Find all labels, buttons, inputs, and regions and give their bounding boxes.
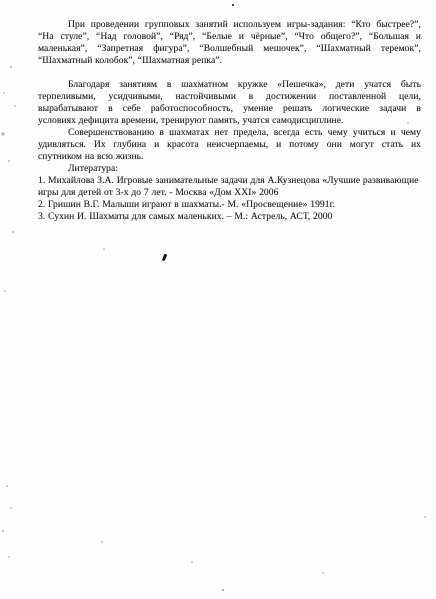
text-line: “Шахматный колобок”, “Шахматная репка”. (38, 55, 421, 67)
text-line: Благодаря занятиям в шахматном кружке «П… (38, 79, 421, 91)
paragraph-club-benefits: Благодаря занятиям в шахматном кружке «П… (38, 79, 421, 127)
text-line: “На стуле”, “Над головой”, “Ряд”, “Белые… (38, 31, 421, 43)
text-line: условиях дефицита времени, тренируют пам… (38, 115, 421, 127)
text-block: При проведении групповых занятий использ… (38, 19, 421, 223)
scan-noise-artifacts (0, 0, 2, 2)
text-line: вырабатывают в себе работоспособность, у… (38, 103, 421, 115)
paragraph-improvement: Совершенствованию в шахматах нет предела… (38, 127, 421, 163)
literature-entry: 3. Сухин И. Шахматы для самых маленьких.… (38, 211, 421, 223)
text-line: спутником на всю жизнь. (38, 151, 421, 163)
literature-heading: Литература: (38, 163, 421, 175)
literature-entry: 1. Михайлова З.А. Игровые занимательные … (38, 175, 421, 199)
text-line: маленькая”, “Запретная фигура”, “Волшебн… (38, 43, 421, 55)
paragraph-group-games: При проведении групповых занятий использ… (38, 19, 421, 67)
text-line: терпеливыми, усидчивыми, настойчивыми в … (38, 91, 421, 103)
text-line: При проведении групповых занятий использ… (38, 19, 421, 31)
literature-section: Литература: 1. Михайлова З.А. Игровые за… (38, 163, 421, 223)
scanned-document-page: При проведении групповых занятий использ… (0, 0, 436, 599)
literature-entry: 2. Гришин В.Г. Малыши играют в шахматы.-… (38, 199, 421, 211)
text-line: удивляться. Их глубина и красота неисчер… (38, 139, 421, 151)
ink-mark (162, 254, 167, 262)
text-line: Совершенствованию в шахматах нет предела… (38, 127, 421, 139)
